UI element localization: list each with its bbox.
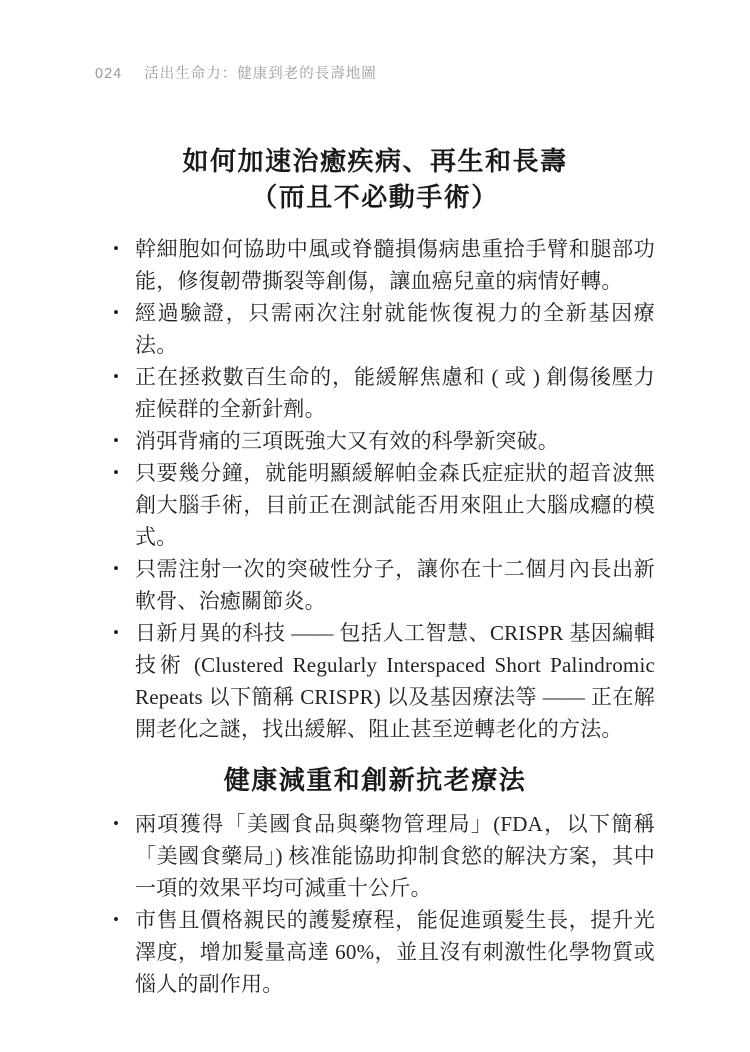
section-heading-1-line-1: 如何加速治癒疾病、再生和長壽 bbox=[182, 147, 567, 176]
list-item: 市售且價格親民的護髮療程，能促進頭髮生長，提升光澤度，增加髮量高達 60%，並且… bbox=[135, 904, 655, 1000]
list-item: 消弭背痛的三項既強大又有效的科學新突破。 bbox=[135, 425, 655, 457]
section-heading-1-line-2: （而且不必動手術） bbox=[251, 183, 499, 212]
section-heading-1: 如何加速治癒疾病、再生和長壽 （而且不必動手術） bbox=[95, 144, 655, 216]
section-heading-2: 健康減重和創新抗老療法 bbox=[95, 766, 655, 796]
book-page: 024 活出生命力：健康到老的長壽地圖 如何加速治癒疾病、再生和長壽 （而且不必… bbox=[0, 0, 750, 1052]
list-item: 日新月異的科技 —— 包括人工智慧、CRISPR 基因編輯技術 (Cluster… bbox=[135, 617, 655, 745]
running-head: 024 活出生命力：健康到老的長壽地圖 bbox=[95, 62, 655, 80]
list-item: 經過驗證，只需兩次注射就能恢復視力的全新基因療法。 bbox=[135, 297, 655, 361]
list-item: 只需注射一次的突破性分子，讓你在十二個月內長出新軟骨、治癒關節炎。 bbox=[135, 553, 655, 617]
bullet-list-2: 兩項獲得「美國食品與藥物管理局」(FDA，以下簡稱「美國食藥局」) 核准能協助抑… bbox=[95, 808, 655, 1000]
bullet-list-1: 幹細胞如何協助中風或脊髓損傷病患重拾手臂和腿部功能，修復韌帶撕裂等創傷，讓血癌兒… bbox=[95, 233, 655, 745]
list-item: 只要幾分鐘，就能明顯緩解帕金森氏症症狀的超音波無創大腦手術，目前正在測試能否用來… bbox=[135, 457, 655, 553]
running-head-book-title: 活出生命力：健康到老的長壽地圖 bbox=[144, 62, 377, 83]
list-item: 正在拯救數百生命的，能緩解焦慮和 ( 或 ) 創傷後壓力症候群的全新針劑。 bbox=[135, 361, 655, 425]
list-item: 兩項獲得「美國食品與藥物管理局」(FDA，以下簡稱「美國食藥局」) 核准能協助抑… bbox=[135, 808, 655, 904]
section-heading-2-line-1: 健康減重和創新抗老療法 bbox=[224, 766, 527, 795]
list-item: 幹細胞如何協助中風或脊髓損傷病患重拾手臂和腿部功能，修復韌帶撕裂等創傷，讓血癌兒… bbox=[135, 233, 655, 297]
page-number: 024 bbox=[95, 66, 122, 82]
